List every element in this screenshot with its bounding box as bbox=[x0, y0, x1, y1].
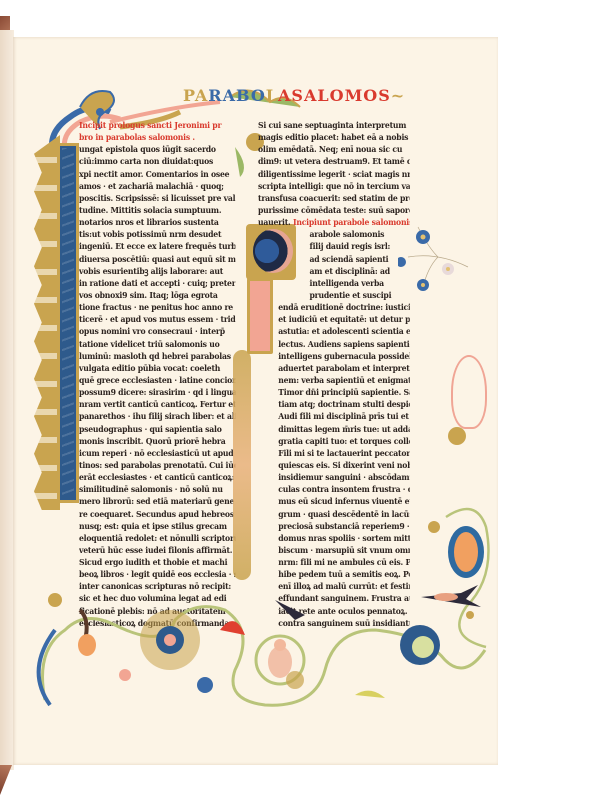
text-line: endā eruditionē doctrine: iusticiā bbox=[258, 301, 410, 313]
book-title-parabolas-salomonis: PARABOLASALOMOS~ bbox=[183, 86, 405, 105]
text-line: et iudiciū et equitatē: ut detur paruuli… bbox=[258, 313, 410, 325]
text-line: tione fractus · ne penitus hoc anno re bbox=[79, 301, 235, 313]
text-line: preciosā substanciā reperiem9 · implebim… bbox=[258, 520, 410, 532]
text-line: tinos: sed parabolas prenotatū. Cui iūct… bbox=[79, 459, 235, 471]
text-line: tiam atq; doctrinam stulti despiciūt. bbox=[258, 398, 410, 410]
text-line: panarethos · ihu filij sirach liber: et … bbox=[79, 410, 235, 422]
text-line: magis editio placet: habet eā a nobis bbox=[258, 131, 410, 143]
text-line: ungat epistola quos iūgit sacerdo bbox=[79, 143, 235, 155]
text-line: nusq; est: quia et ipse stilus grecam bbox=[79, 520, 235, 532]
text-line: mero librorū: sed etiā materiarū gene bbox=[79, 495, 235, 507]
text-line: beoꝝ libros · legit quidē eos ecclesia ·… bbox=[79, 568, 235, 580]
text-line: intelligenda verba bbox=[258, 277, 410, 289]
text-line: transfusa coacuerit: sed statim de prelo bbox=[258, 192, 410, 204]
text-line: tudine. Mittitis solacia sumptuum. bbox=[79, 204, 235, 216]
text-column-right: Si cui sane septuaginta interpretum magi… bbox=[258, 119, 410, 629]
text-line: hibe pedem tuū a semitis eoꝝ. Pedes bbox=[258, 568, 410, 580]
text-line: re coequaret. Secundus apud hebreos bbox=[79, 508, 235, 520]
text-line: purissime cōmēdata teste: suū saporē ser bbox=[258, 204, 410, 216]
text-line: vos obnoxi9 sim. Itaq; lōga egrota bbox=[79, 289, 235, 301]
text-line: notarios nros et librarios sustenta bbox=[79, 216, 235, 228]
text-line: Timor dn̄i principiū sapientie. Sapien bbox=[258, 386, 410, 398]
text-line: uauerit. Incipiunt parabole salomonis. bbox=[258, 216, 410, 228]
text-line: erāt ecclesiastes · et canticū canticoꝝ:… bbox=[79, 471, 235, 483]
text-line: intelligens gubernacula possidebit. Ani bbox=[258, 350, 410, 362]
text-line: poscitis. Scripsissē: si licuisset pre v… bbox=[79, 192, 235, 204]
text-fragment: uauerit. bbox=[258, 217, 290, 227]
text-line: culas contra insontem frustra · degluti … bbox=[258, 483, 410, 495]
text-line: tis:ut vobis potissimū nrm desudet bbox=[79, 228, 235, 240]
prologue-rubric: Incipit prologus sancti Jeronimi pr bbox=[79, 119, 235, 131]
title-part: LOMOS bbox=[317, 86, 390, 105]
text-line: arabole salomonis bbox=[258, 228, 410, 240]
text-line: ingeniū. Et ecce ex latere frequēs turba bbox=[79, 240, 235, 252]
gold-medallion bbox=[448, 427, 466, 445]
text-line: dimittas legem m̄ris tue: ut addatur bbox=[258, 423, 410, 435]
text-line: lectus. Audiens sapiens sapientior erit:… bbox=[258, 338, 410, 350]
blue-flower-sprig-icon bbox=[398, 207, 478, 307]
title-part: A bbox=[304, 86, 317, 105]
text-line: monis inscribit. Quorū priorē hebra bbox=[79, 435, 235, 447]
title-part: L bbox=[266, 86, 278, 105]
manuscript-page: PARABOLASALOMOS~ Incipit prologus sancti… bbox=[13, 37, 498, 765]
text-line: nram vertit canticū canticoꝝ. Fertur et bbox=[79, 398, 235, 410]
text-line: quiescas eis. Si dixerint veni nobiscū bbox=[258, 459, 410, 471]
central-vine-ornament bbox=[233, 350, 251, 580]
title-part: RA bbox=[208, 86, 236, 105]
text-line: scripta intelligi: que nō in tercium vas bbox=[258, 180, 410, 192]
text-line: Audi fili mi disciplinā prīs tui et ne bbox=[258, 410, 410, 422]
title-part: BO bbox=[236, 86, 266, 105]
text-column-left: Incipit prologus sancti Jeronimi pr bro … bbox=[79, 119, 235, 629]
text-line: aduertet parabolam et interpretatio bbox=[258, 362, 410, 374]
text-line: dim9: ut vetera destruam9. Et tamē cū bbox=[258, 155, 410, 167]
text-line: gratia capiti tuo: et torques collo tuo. bbox=[258, 435, 410, 447]
text-line: ticerē · et apud vos mutus essem · tridu… bbox=[79, 313, 235, 325]
text-line: grum · quasi descēdentē in lacū: omnē bbox=[258, 508, 410, 520]
text-line: filij dauid regis isrl: bbox=[258, 240, 410, 252]
text-line: ciū:immo carta non diuidat:quos bbox=[79, 155, 235, 167]
text-line: diuersa poscētiū: quasi aut equū sit me bbox=[79, 253, 235, 265]
text-line: mus eū sicud infernus viuentē et inte bbox=[258, 495, 410, 507]
pink-loop-ornament bbox=[451, 355, 487, 429]
text-line: nrm: fili mi ne ambules cū eis. Pro bbox=[258, 556, 410, 568]
text-line: ad sciendā sapienti bbox=[258, 253, 410, 265]
text-line: xpi nectit amor. Comentarios in osee bbox=[79, 168, 235, 180]
text-line: luminū: masloth qd hebrei parabolas bbox=[79, 350, 235, 362]
bottom-floral-border-icon bbox=[25, 590, 495, 725]
text-line: similitudinē salomonis · nō solū nu bbox=[79, 483, 235, 495]
text-line: eloquentiā redolet: et nōnulli scriptorū bbox=[79, 532, 235, 544]
text-line: astutia: et adolescenti scientia et inte… bbox=[258, 325, 410, 337]
text-line: biscum · marsupiū sit vnum omniū bbox=[258, 544, 410, 556]
book-binding-bottom bbox=[0, 765, 12, 795]
text-line: vulgata editio pūbia vocat: coeleth bbox=[79, 362, 235, 374]
initial-letter-i bbox=[57, 143, 79, 503]
text-line: Si cui sane septuaginta interpretum bbox=[258, 119, 410, 131]
text-line: pseudographus · qui sapientia salo bbox=[79, 423, 235, 435]
text-line: Sicud ergo iudith et thobie et machi bbox=[79, 556, 235, 568]
text-line: Fili mi si te lactauerint peccatores: ne… bbox=[258, 447, 410, 459]
title-part: AS bbox=[278, 86, 304, 105]
text-line: veterū hūc esse iudei filonis affirmāt. bbox=[79, 544, 235, 556]
incipit-rubric: Incipiunt parabole salomonis. bbox=[293, 217, 410, 227]
text-line: in ratione dati et accepti · cuiq; prete… bbox=[79, 277, 235, 289]
text-line: quē grece ecclesiasten · latine conciona… bbox=[79, 374, 235, 386]
text-line: olim emēdatā. Neq; enī noua sic cu bbox=[258, 143, 410, 155]
text-line: insidiemur sanguini · abscōdam9 tendi bbox=[258, 471, 410, 483]
prologue-rubric: bro in parabolas salomonis . bbox=[79, 131, 235, 143]
page-edge bbox=[0, 30, 14, 770]
text-line: prudentie et suscipi bbox=[258, 289, 410, 301]
title-part: PA bbox=[183, 86, 208, 105]
text-line: domus nras spoliis · sortem mitte no bbox=[258, 532, 410, 544]
text-line: amos · et zachariā malachiā · quoq; bbox=[79, 180, 235, 192]
title-part: ~ bbox=[391, 86, 405, 105]
text-line: diligentissime legerit · sciat magis nrā bbox=[258, 168, 410, 180]
text-line: vobis esurientibꝫ alijs laborare: aut bbox=[79, 265, 235, 277]
text-line: icum reperi · nō ecclesiasticū ut apud l… bbox=[79, 447, 235, 459]
text-line: tatione videlicet triū salomonis uo bbox=[79, 338, 235, 350]
text-line: possum9 dicere: sirasirim · qd i lingua bbox=[79, 386, 235, 398]
text-line: am et disciplinā: ad bbox=[258, 265, 410, 277]
text-line: opus nomini vro consecraui · interp̄ bbox=[79, 325, 235, 337]
text-line: nem: verba sapientiū et enigmata eoꝝ. bbox=[258, 374, 410, 386]
